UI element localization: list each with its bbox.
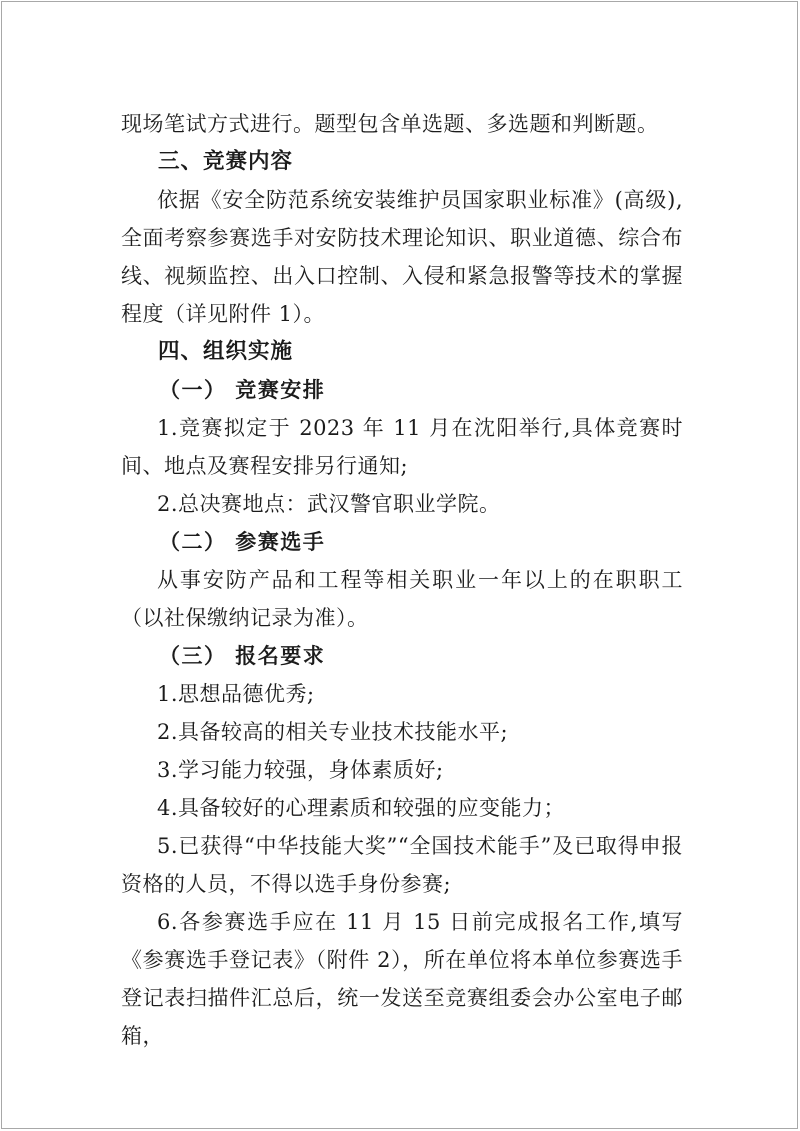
item-final-venue: 2.总决赛地点：武汉警官职业学院。 [121,485,683,523]
paragraph-competition-basis: 依据《安全防范系统安装维护员国家职业标准》(高级),全面考察参赛选手对安防技术理… [121,181,683,333]
item-3-learning-ability: 3.学习能力较强，身体素质好; [121,751,683,789]
paragraph-participant-eligibility: 从事安防产品和工程等相关职业一年以上的在职职工（以社保缴纳记录为准）。 [121,561,683,637]
item-5-award-restriction: 5.已获得“中华技能大奖”“全国技术能手”及已取得申报资格的人员，不得以选手身份… [121,827,683,903]
item-1-moral-quality: 1.思想品德优秀; [121,675,683,713]
item-6-registration-deadline: 6.各参赛选手应在 11 月 15 日前完成报名工作,填写《参赛选手登记表》（附… [121,903,683,1055]
heading-3-competition-content: 三、竞赛内容 [121,143,683,181]
subheading-2-participants: （二） 参赛选手 [121,523,683,561]
subheading-3-registration-requirements: （三） 报名要求 [121,637,683,675]
heading-4-organization-implementation: 四、组织实施 [121,333,683,371]
item-competition-time-place: 1.竞赛拟定于 2023 年 11 月在沈阳举行,具体竞赛时间、地点及赛程安排另… [121,409,683,485]
page-content: 现场笔试方式进行。题型包含单选题、多选题和判断题。 三、竞赛内容 依据《安全防范… [121,105,683,1055]
subheading-1-competition-arrangement: （一） 竞赛安排 [121,371,683,409]
item-4-psychological-quality: 4.具备较好的心理素质和较强的应变能力； [121,789,683,827]
document-page: 现场笔试方式进行。题型包含单选题、多选题和判断题。 三、竞赛内容 依据《安全防范… [1,1,798,1129]
continuation-paragraph-exam-format: 现场笔试方式进行。题型包含单选题、多选题和判断题。 [121,105,683,143]
item-2-professional-skill: 2.具备较高的相关专业技术技能水平; [121,713,683,751]
